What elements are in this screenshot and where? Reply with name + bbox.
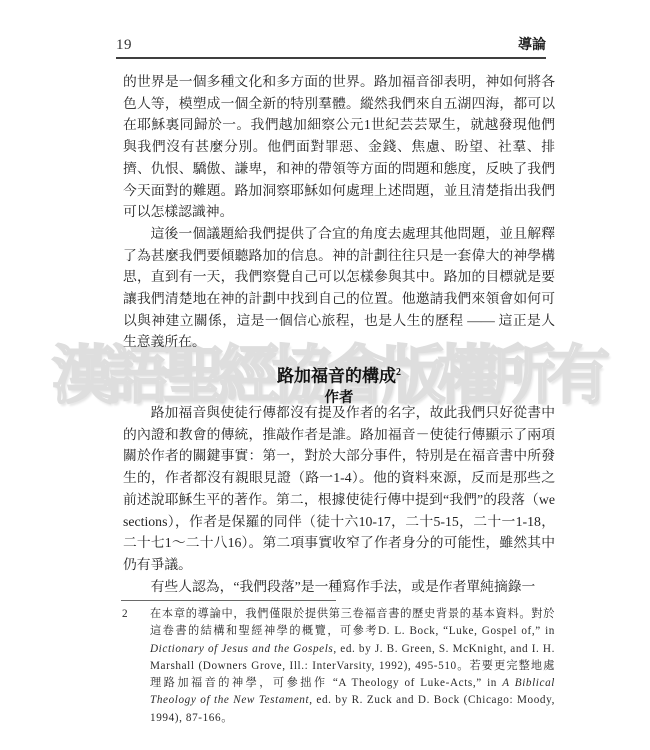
- section-title: 路加福音的構成2: [123, 363, 555, 387]
- footnote-book-title: Dictionary of Jesus and the Gospels: [150, 643, 333, 655]
- footnote: 2 在本章的導論中，我們僅限於提供第三卷福音書的歷史背景的基本資料。對於這卷書的…: [121, 606, 555, 727]
- document-page: 19 導論 漢語聖經協會版權所有 的世界是一個多種文化和多方面的世界。路加福音卻…: [0, 0, 650, 750]
- running-title: 導論: [518, 34, 546, 54]
- section-text-block: 路加福音與使徒行傳都沒有提及作者的名字，故此我們只好從書中的內證和教會的傳統，推…: [123, 402, 555, 597]
- paragraph: 有些人認為，“我們段落”是一種寫作手法，或是作者單純摘錄一: [123, 576, 555, 598]
- footnote-text: 在本章的導論中，我們僅限於提供第三卷福音書的歷史背景的基本資料。對於這卷書的結構…: [121, 606, 555, 727]
- footnote-separator: [121, 600, 336, 601]
- paragraph: 路加福音與使徒行傳都沒有提及作者的名字，故此我們只好從書中的內證和教會的傳統，推…: [123, 402, 555, 576]
- intro-text-block: 的世界是一個多種文化和多方面的世界。路加福音卻表明，神如何將各色人等，模塑成一個…: [123, 71, 555, 353]
- page-number: 19: [116, 37, 132, 54]
- paragraph-continued: 的世界是一個多種文化和多方面的世界。路加福音卻表明，神如何將各色人等，模塑成一個…: [123, 71, 555, 223]
- page-header: 19 導論: [116, 34, 546, 59]
- paragraph: 這後一個議題給我們提供了合宜的角度去處理其他問題，並且解釋了為甚麼我們要傾聽路加…: [123, 223, 555, 353]
- section-title-text: 路加福音的構成: [277, 367, 396, 386]
- section-heading-block: 路加福音的構成2 作者: [123, 363, 555, 407]
- footnote-number: 2: [122, 606, 128, 623]
- footnote-reference: 2: [396, 367, 401, 378]
- footnote-segment: 在本章的導論中，我們僅限於提供第三卷福音書的歷史背景的基本資料。對於這卷書的結構…: [150, 608, 555, 637]
